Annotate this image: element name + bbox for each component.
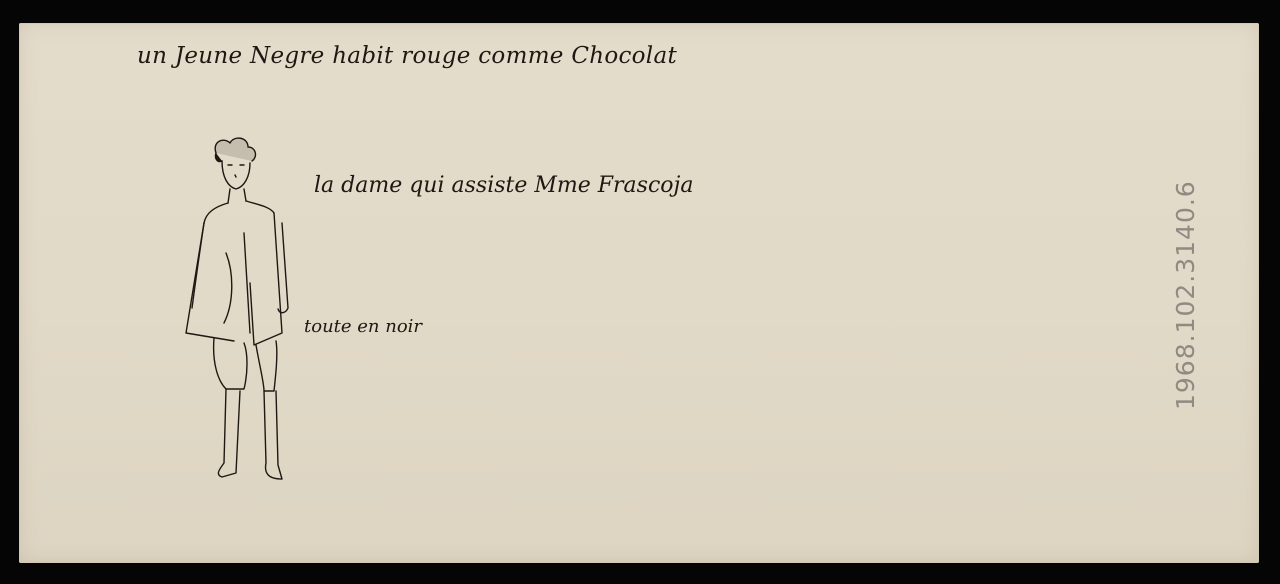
paper-sheet: un Jeune Negre habit rouge comme Chocola…	[19, 23, 1259, 563]
accession-number: 1968.102.3140.6	[1171, 180, 1200, 410]
inscription-top: un Jeune Negre habit rouge comme Chocola…	[137, 43, 677, 69]
inscription-middle: la dame qui assiste Mme Frascoja	[314, 173, 693, 198]
figure-sketch	[164, 133, 324, 493]
